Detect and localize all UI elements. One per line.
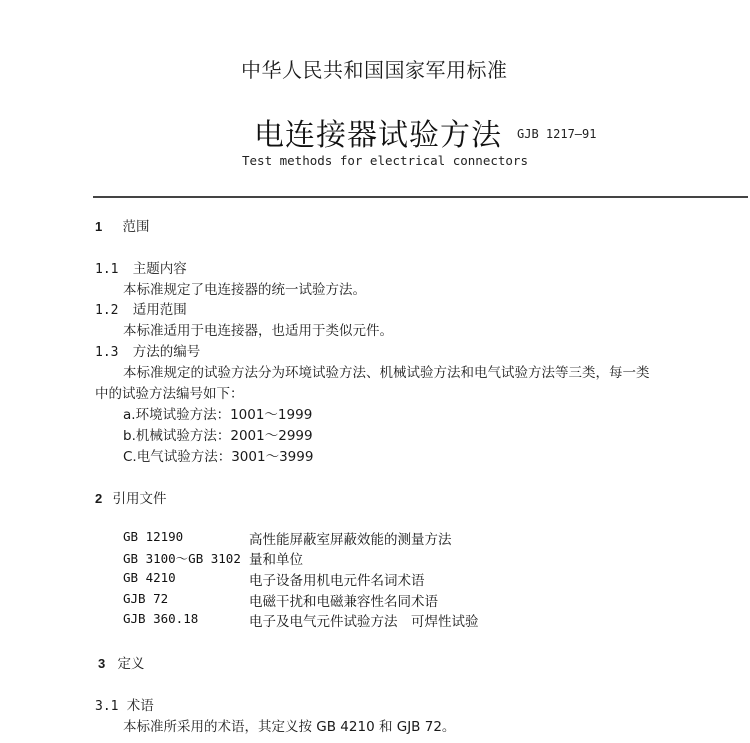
section-number: 2 — [95, 491, 102, 506]
ref-code: GJB 360.18 — [123, 611, 198, 626]
ref-code: GB 12190 — [123, 529, 183, 544]
section-number: 3.1 — [95, 699, 118, 714]
ref-title: 电子及电气元件试验方法 可焊性试验 — [249, 610, 479, 630]
section-2-heading: 2 引用文件 — [95, 487, 167, 507]
section-title: 适用范围 — [133, 302, 187, 318]
method-label: C.电气试验方法： — [123, 449, 231, 465]
section-title: 范围 — [123, 219, 150, 235]
section-1-1-heading: 1.1 主题内容 — [95, 257, 187, 277]
section-number: 1.3 — [95, 345, 118, 360]
section-title: 定义 — [118, 656, 145, 672]
section-3-1-heading: 3.1 术语 — [95, 694, 154, 714]
ref-title: 电子设备用机电元件名词术语 — [249, 569, 425, 589]
method-label: a.环境试验方法： — [123, 407, 230, 423]
section-1-3-text-line2: 中的试验方法编号如下： — [95, 382, 244, 402]
section-1-2-text: 本标准适用于电连接器，也适用于类似元件。 — [123, 319, 393, 339]
section-number: 1.1 — [95, 262, 118, 277]
ref-code: GB 4210 — [123, 570, 176, 585]
method-range: 2001～2999 — [230, 428, 312, 444]
section-1-heading: 1 范围 — [95, 215, 150, 235]
standard-code: GJB 1217—91 — [517, 127, 596, 141]
ref-code: GB 3100～GB 3102 — [123, 549, 241, 567]
section-3-1-text: 本标准所采用的术语，其定义按 GB 4210 和 GJB 72。 — [123, 715, 455, 735]
section-title: 方法的编号 — [133, 344, 201, 360]
ref-title: 量和单位 — [249, 548, 303, 568]
method-item-b: b.机械试验方法：2001～2999 — [123, 424, 313, 444]
method-range: 1001～1999 — [230, 407, 312, 423]
section-1-2-heading: 1.2 适用范围 — [95, 298, 187, 318]
section-number: 3 — [98, 656, 105, 671]
ref-title: 高性能屏蔽室屏蔽效能的测量方法 — [249, 528, 452, 548]
section-number: 1 — [95, 219, 102, 234]
method-range: 3001～3999 — [231, 449, 313, 465]
section-title: 引用文件 — [113, 491, 167, 507]
section-3-heading: 3 定义 — [98, 652, 145, 672]
method-item-a: a.环境试验方法：1001～1999 — [123, 403, 312, 423]
method-item-c: C.电气试验方法：3001～3999 — [123, 445, 313, 465]
method-label: b.机械试验方法： — [123, 428, 230, 444]
ref-code: GJB 72 — [123, 591, 168, 606]
section-number: 1.2 — [95, 303, 118, 318]
section-1-3-heading: 1.3 方法的编号 — [95, 340, 200, 360]
section-title: 术语 — [127, 698, 154, 714]
ref-title: 电磁干扰和电磁兼容性名同术语 — [249, 590, 438, 610]
document-title: 电连接器试验方法 — [254, 110, 502, 154]
section-title: 主题内容 — [133, 261, 187, 277]
national-standard-heading: 中华人民共和国国家军用标准 — [241, 54, 508, 83]
section-1-3-text-line1: 本标准规定的试验方法分为环境试验方法、机械试验方法和电气试验方法等三类，每一类 — [123, 361, 650, 381]
section-1-1-text: 本标准规定了电连接器的统一试验方法。 — [123, 278, 366, 298]
english-subtitle: Test methods for electrical connectors — [242, 153, 528, 168]
header-divider — [93, 196, 748, 198]
